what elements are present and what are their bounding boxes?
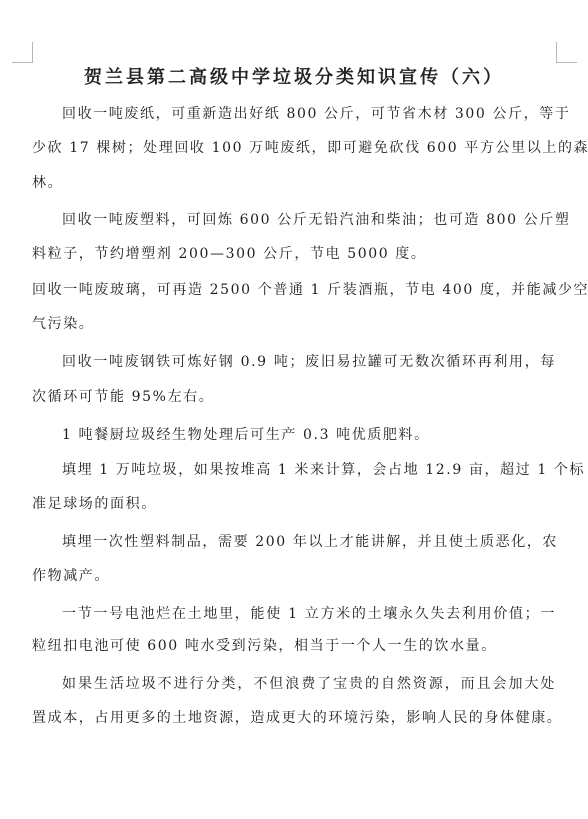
page-corner-mark-top-left — [12, 42, 33, 63]
paragraph-9-line-2: 置成本，占用更多的土地资源，造成更大的环境污染，影响人民的身体健康。 — [32, 708, 556, 728]
paragraph-2-line-2: 料粒子，节约增塑剂 200—300 公斤，节电 5000 度。 — [32, 244, 556, 264]
paragraph-2-line-1: 回收一吨废塑料，可回炼 600 公斤无铅汽油和柴油；也可造 800 公斤塑 — [62, 210, 556, 230]
paragraph-4-line-2: 次循环可节能 95%左右。 — [32, 387, 556, 407]
paragraph-1-line-2: 少砍 17 棵树；处理回收 100 万吨废纸，即可避免砍伐 600 平方公里以上… — [32, 138, 556, 158]
paragraph-5-line-1: 1 吨餐厨垃圾经生物处理后可生产 0.3 吨优质肥料。 — [62, 425, 556, 445]
document-title: 贺兰县第二高级中学垃圾分类知识宣传（六） — [0, 66, 588, 90]
paragraph-7-line-2: 作物减产。 — [32, 566, 556, 586]
paragraph-1-line-1: 回收一吨废纸，可重新造出好纸 800 公斤，可节省木材 300 公斤，等于 — [62, 104, 556, 124]
paragraph-9-line-1: 如果生活垃圾不进行分类，不但浪费了宝贵的自然资源，而且会加大处 — [62, 674, 556, 694]
paragraph-4-line-1: 回收一吨废钢铁可炼好钢 0.9 吨；废旧易拉罐可无数次循环再利用，每 — [62, 352, 556, 372]
page-corner-mark-top-right — [556, 42, 577, 63]
paragraph-8-line-1: 一节一号电池烂在土地里，能使 1 立方米的土壤永久失去利用价值；一 — [62, 604, 556, 624]
paragraph-1-line-3: 林。 — [32, 173, 556, 193]
paragraph-3-line-2: 气污染。 — [32, 314, 556, 334]
paragraph-3-line-1: 回收一吨废玻璃，可再造 2500 个普通 1 斤装酒瓶，节电 400 度，并能减… — [32, 280, 556, 300]
paragraph-7-line-1: 填埋一次性塑料制品，需要 200 年以上才能讲解，并且使土质恶化，农 — [62, 532, 556, 552]
paragraph-8-line-2: 粒纽扣电池可使 600 吨水受到污染，相当于一个人一生的饮水量。 — [32, 636, 556, 656]
paragraph-6-line-2: 准足球场的面积。 — [32, 494, 556, 514]
paragraph-6-line-1: 填埋 1 万吨垃圾，如果按堆高 1 米来计算，会占地 12.9 亩，超过 1 个… — [62, 460, 556, 480]
